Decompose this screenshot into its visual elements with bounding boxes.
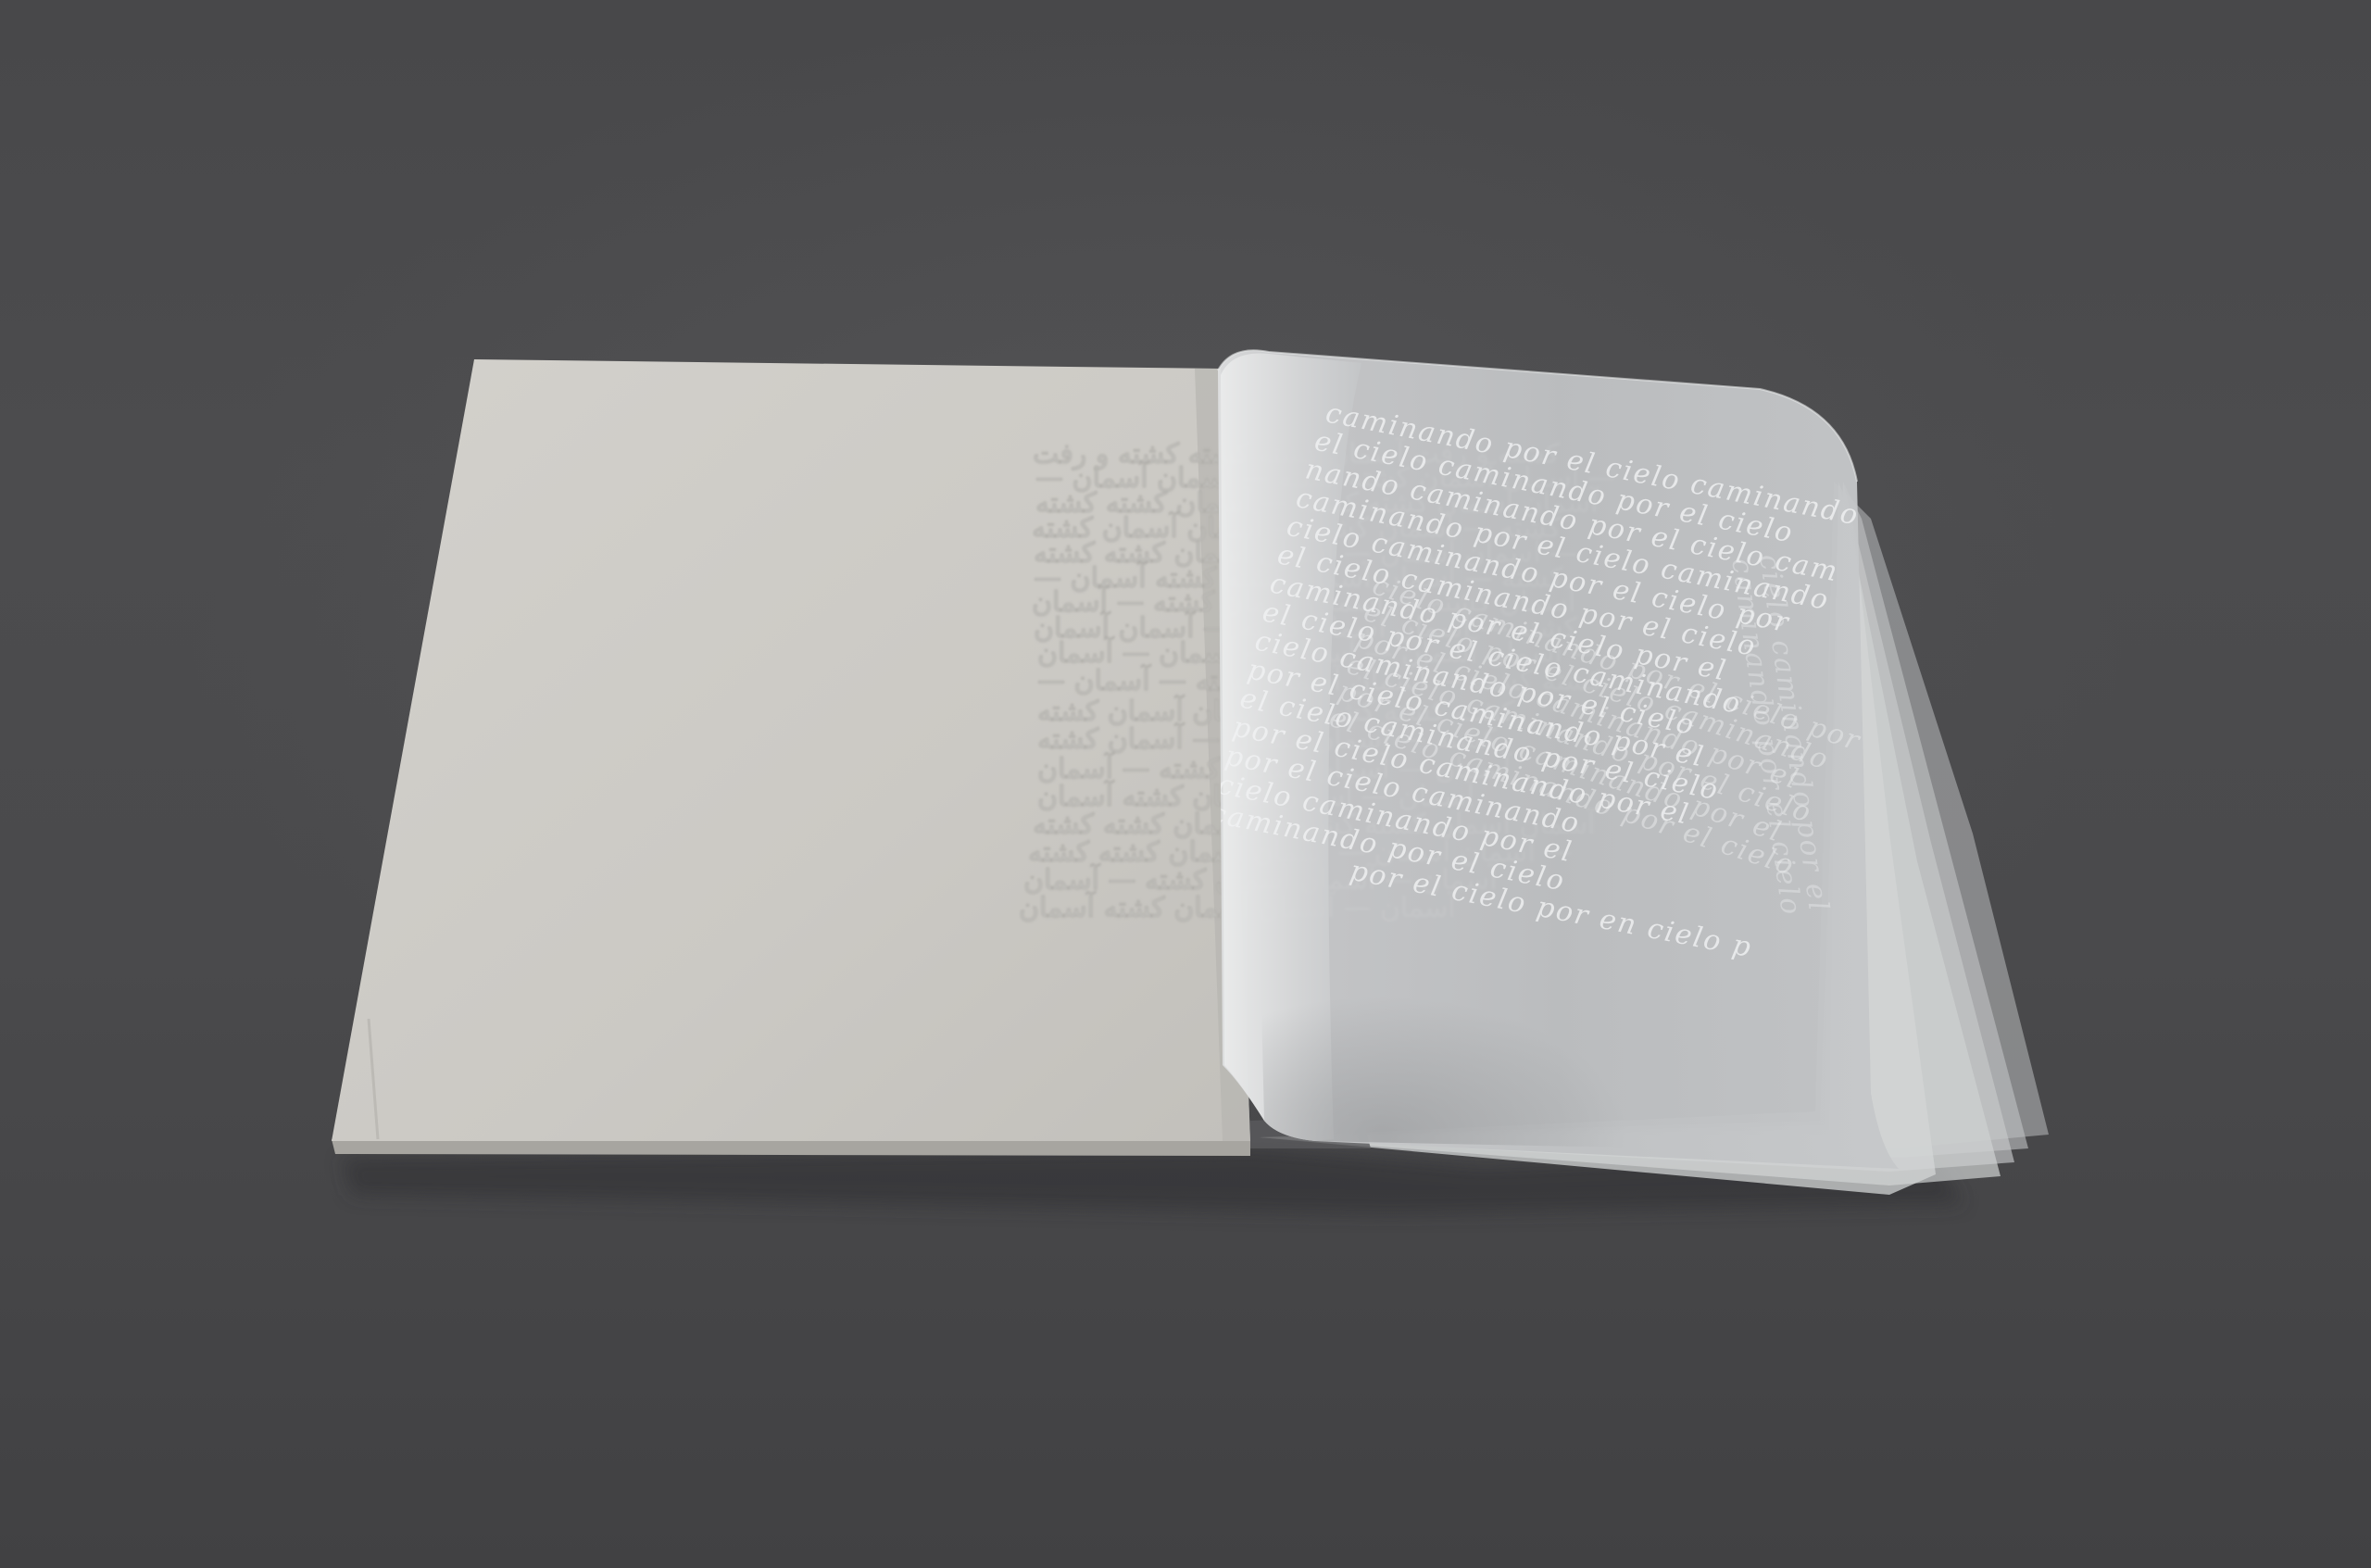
open-book-scene: کشته و رفت آسمان کشته کشته کشته و رفت — … [0,0,2371,1568]
book-illustration: کشته و رفت آسمان کشته کشته کشته و رفت — … [0,0,2371,1568]
left-page-edge [332,1139,1250,1156]
